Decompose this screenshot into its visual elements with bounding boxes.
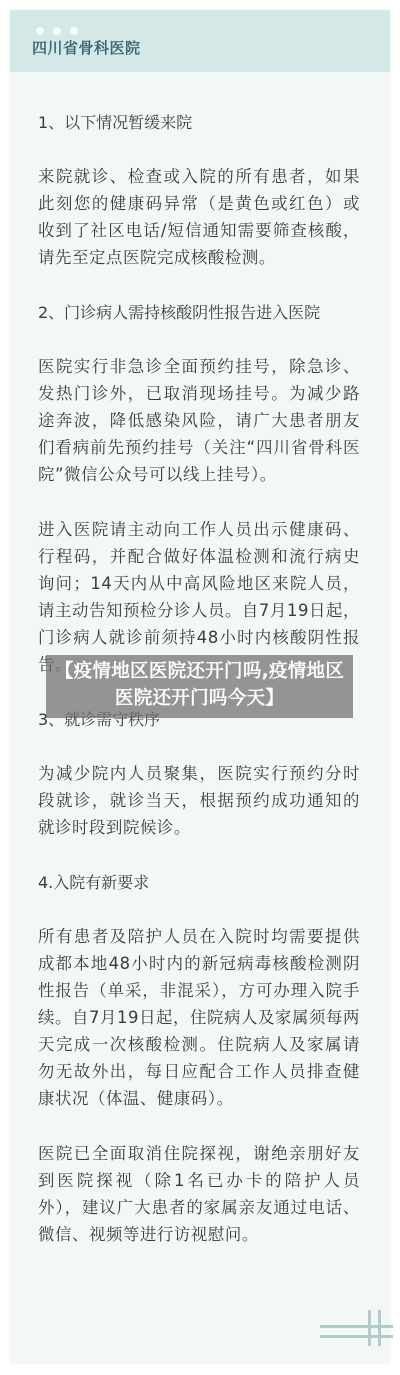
dot-icon (36, 27, 44, 35)
card-header: 四川省骨科医院 (10, 10, 390, 72)
section-heading-2: 2、门诊病人需持核酸阴性报告进入医院 (38, 299, 360, 326)
section-heading-4: 4.入院有新要求 (38, 869, 360, 896)
section-2-paragraph-2: 进入医院请主动向工作人员出示健康码、行程码，并配合做好体温检测和流行病史询问；1… (38, 516, 360, 678)
window-dots (36, 27, 78, 35)
hospital-title: 四川省骨科医院 (32, 38, 141, 58)
section-2-paragraph-1: 医院实行非急诊全面预约挂号，除急诊、发热门诊外，已取消现场挂号。为减少路途奔波，… (38, 353, 360, 488)
dot-icon (53, 27, 61, 35)
section-1-paragraph-1: 来院就诊、检查或入院的所有患者，如果此刻您的健康码异常（是黄色或红色）或收到了社… (38, 163, 360, 271)
dot-icon (70, 27, 78, 35)
section-4-paragraph-1: 所有患者及陪护人员在入院时均需要提供成都本地48小时内的新冠病毒核酸检测阴性报告… (38, 923, 360, 1112)
section-heading-1: 1、以下情况暂缓来院 (38, 109, 360, 136)
section-4-paragraph-2: 医院已全面取消住院探视，谢绝亲朋好友到医院探视（除1名已办卡的陪护人员外），建议… (38, 1140, 360, 1248)
section-3-paragraph-1: 为减少院内人员聚集，医院实行预约分时段就诊，就诊当天，根据预约成功通知的就诊时段… (38, 760, 360, 841)
hash-decoration-icon (320, 1310, 395, 1346)
caption-overlay: 【疫情地区医院还开门吗,疫情地区医院还开门吗今天】 (46, 655, 353, 718)
